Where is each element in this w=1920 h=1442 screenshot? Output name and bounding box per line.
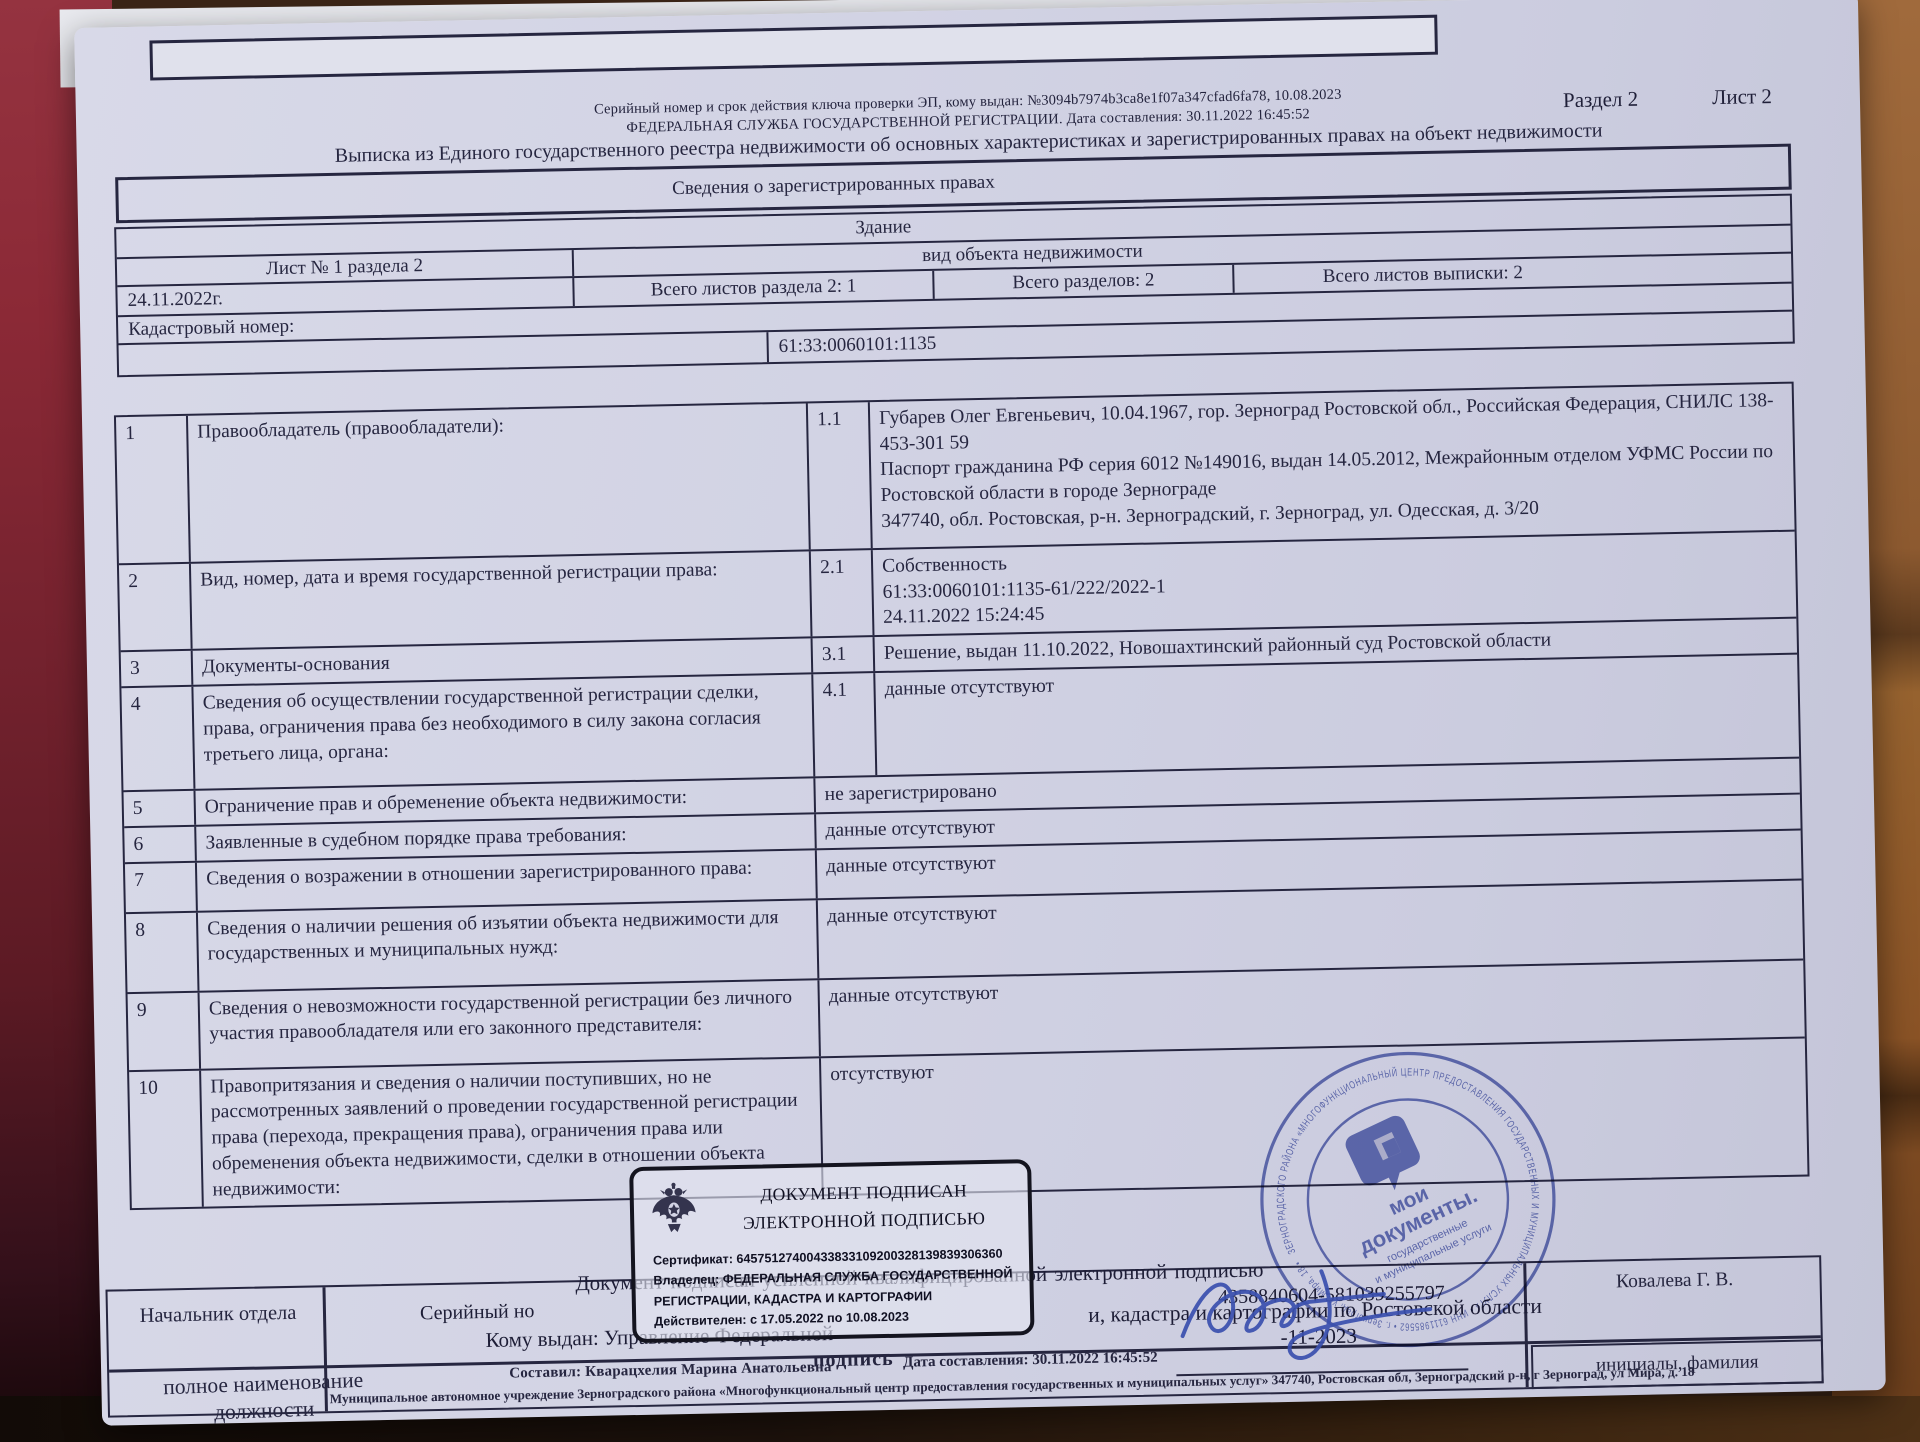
esign-details: Сертификат: 6457512740043383310920032813…: [653, 1243, 1021, 1332]
section-label: Раздел 2: [1563, 87, 1639, 114]
row-value: Губарев Олег Евгеньевич, 10.04.1967, гор…: [868, 384, 1795, 549]
row-subnumber: 2.1: [809, 550, 873, 636]
meta-table: Здание Лист № 1 раздела 2 вид объекта не…: [114, 194, 1795, 378]
row-label: Вид, номер, дата и время государственной…: [189, 551, 811, 649]
row-subnumber: 4.1: [811, 673, 875, 776]
sheet-label: Лист 2: [1712, 84, 1772, 110]
row-number: 8: [126, 912, 198, 991]
coat-of-arms-icon: [649, 1182, 698, 1241]
top-empty-box: [149, 15, 1438, 81]
row-label: Сведения о наличии решения об изъятии об…: [196, 900, 817, 990]
row-number: 4: [121, 687, 193, 790]
row-number: 6: [124, 827, 195, 862]
esign-title-line2: ЭЛЕКТРОННОЙ ПОДПИСЬЮ: [704, 1207, 1024, 1234]
signer-position: Начальник отдела: [118, 1301, 318, 1328]
row-label: Сведения об осуществлении государственно…: [191, 675, 813, 789]
esign-stamp-box: ДОКУМЕНТ ПОДПИСАН ЭЛЕКТРОННОЙ ПОДПИСЬЮ С…: [629, 1159, 1034, 1343]
row-subnumber: 1.1: [806, 402, 871, 549]
row-number: 5: [124, 791, 195, 826]
esign-title-line1: ДОКУМЕНТ ПОДПИСАН: [704, 1179, 1024, 1206]
row-label: Правообладатель (правообладатели):: [186, 403, 809, 561]
row-number: 10: [129, 1070, 202, 1208]
row-number: 9: [128, 992, 200, 1069]
document-paper: Серийный номер и срок действия ключа про…: [74, 0, 1886, 1426]
typed-serial-left: Серийный но: [420, 1300, 535, 1325]
subtitle-text: Сведения о зарегистрированных правах: [672, 172, 995, 200]
row-number: 2: [119, 564, 191, 651]
signer-name: Ковалева Г. В.: [1531, 1267, 1817, 1295]
handwritten-signature: [1171, 1250, 1483, 1366]
row-label: Сведения о невозможности государственной…: [198, 980, 819, 1068]
row-number: 1: [116, 416, 189, 563]
row-value: данные отсутствуют: [873, 655, 1799, 776]
row-number: 3: [121, 651, 192, 686]
row-subnumber: 3.1: [811, 637, 874, 672]
row-number: 7: [125, 862, 196, 911]
section-sheet-info: Раздел 2 Лист 2: [1563, 84, 1772, 113]
